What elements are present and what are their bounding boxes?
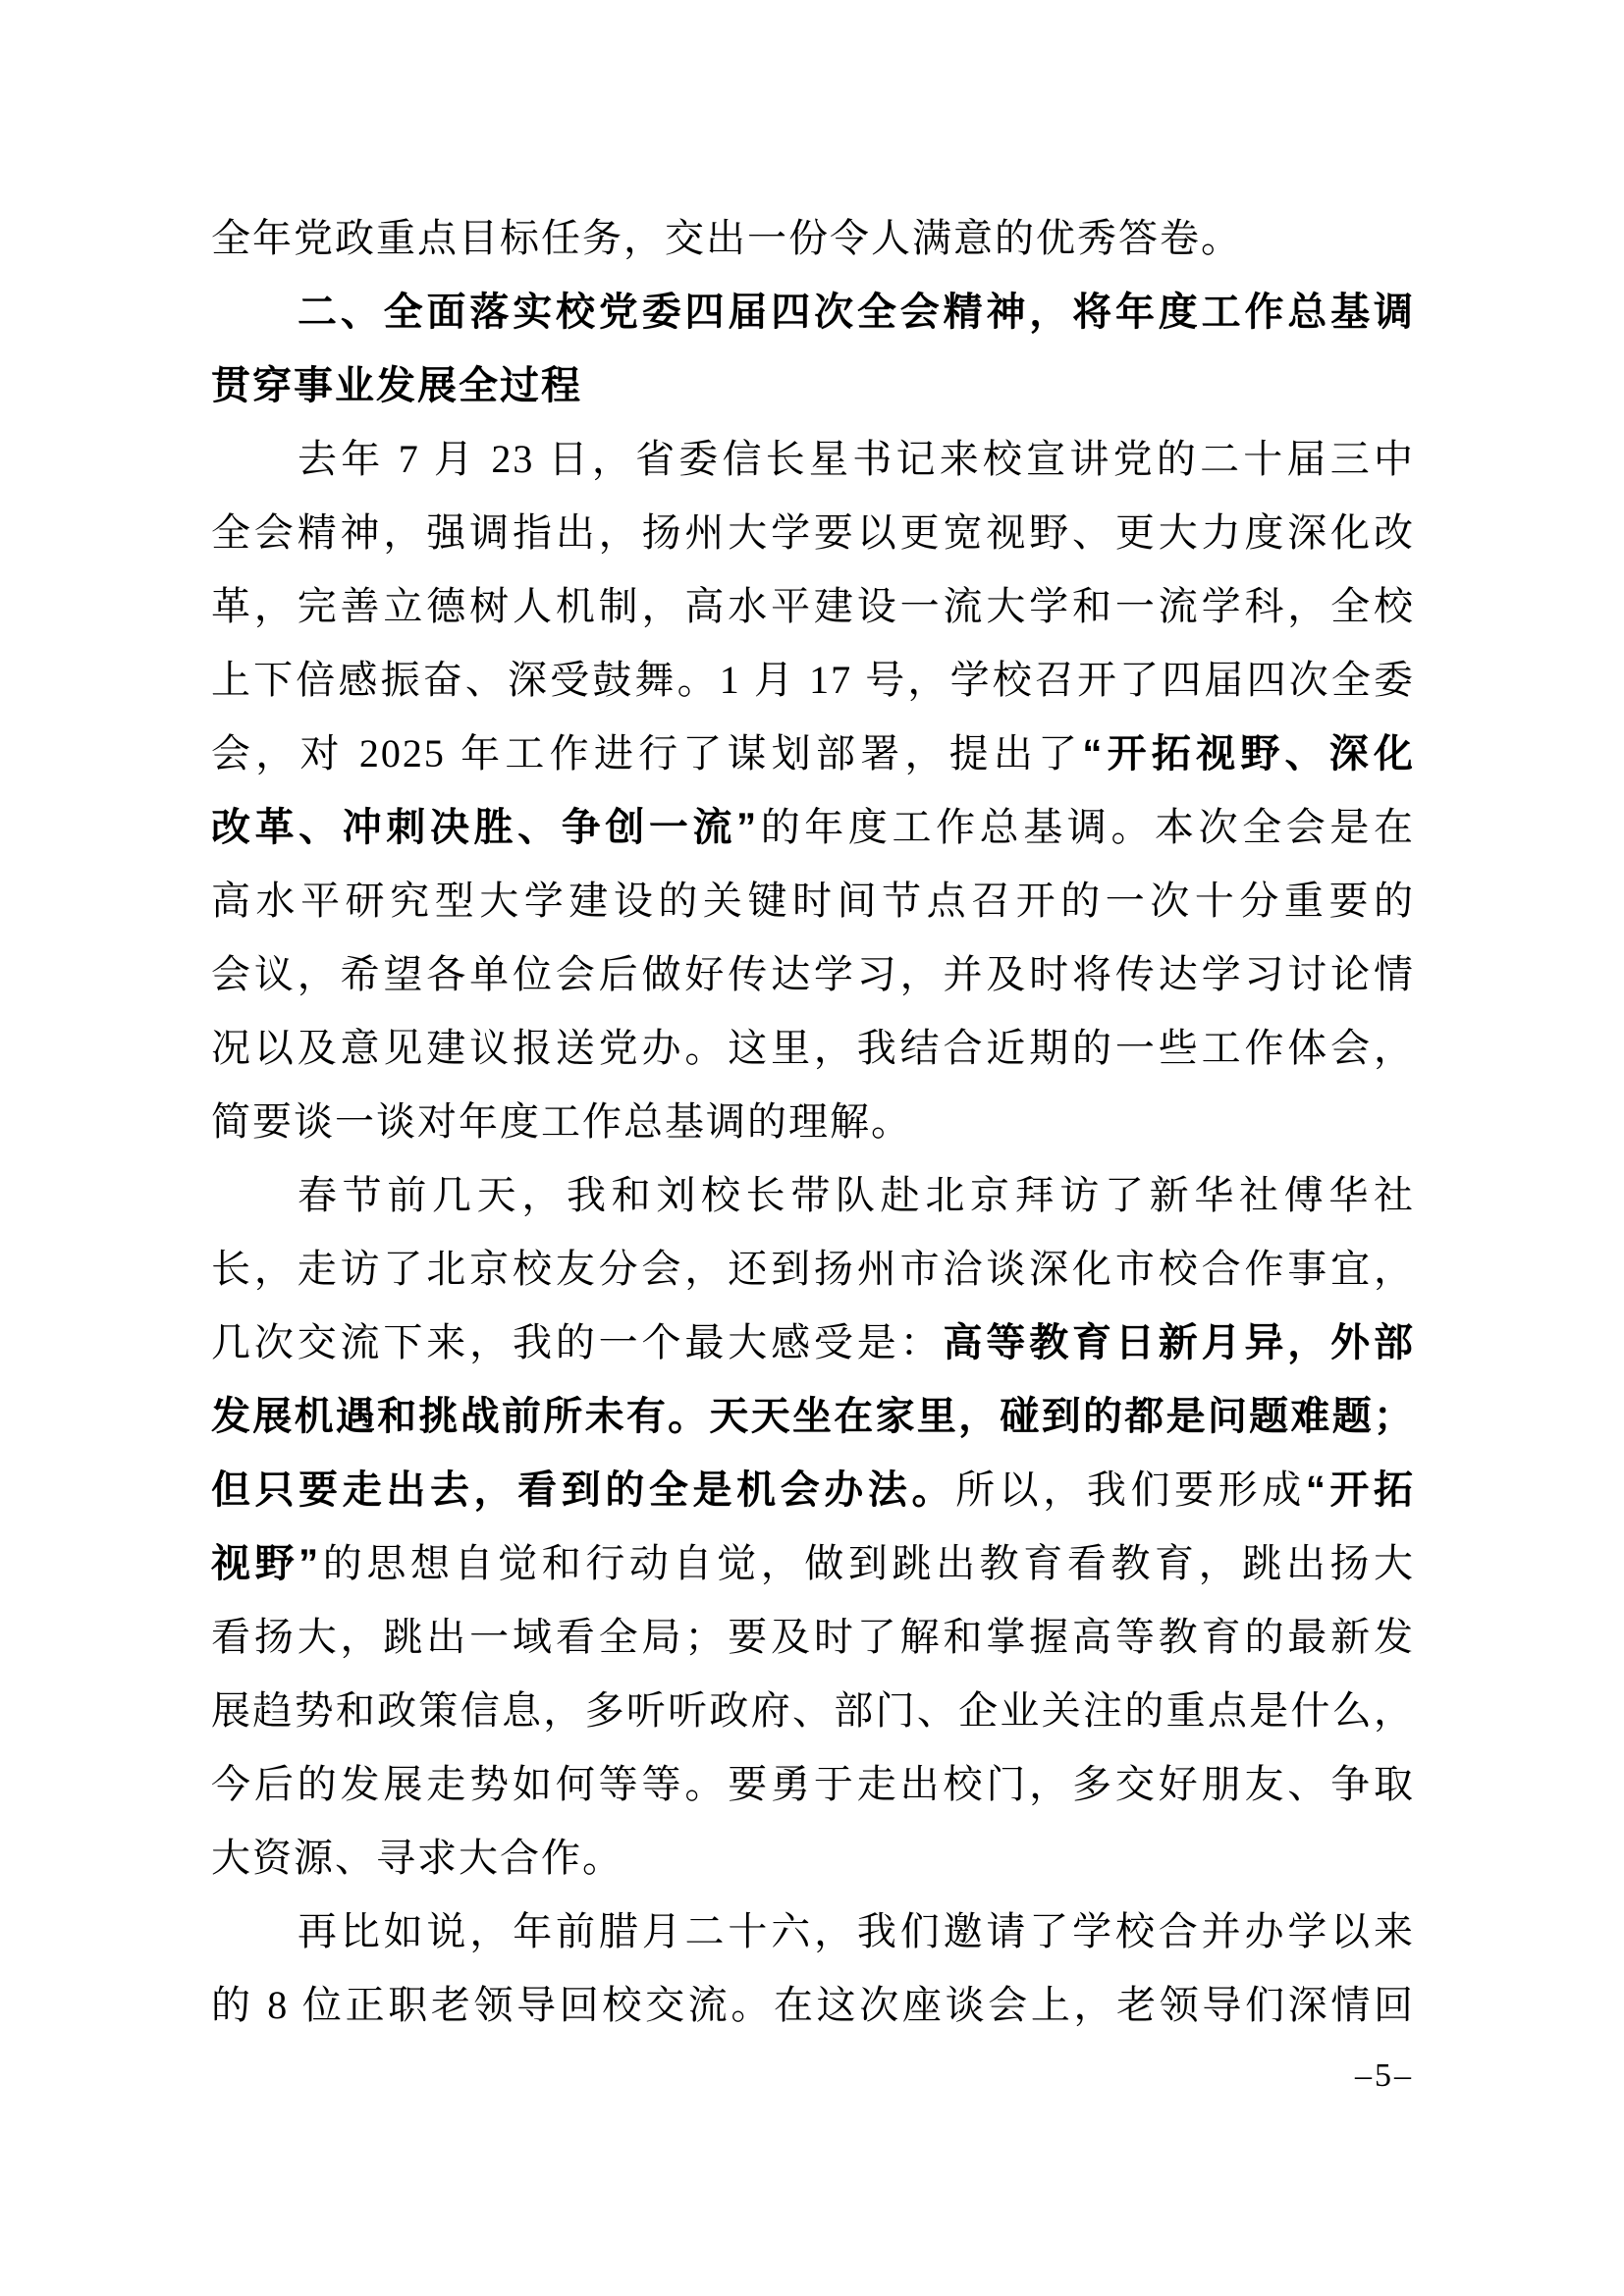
bold-text-run: 二、全面落实校党委四届四次全会精神，将年度工作总基调 [298, 291, 1415, 334]
text-run: 全会精神，强调指出，扬州大学要以更宽视野、更大力度深化改 [211, 510, 1415, 555]
text-run: 会议，希望各单位会后做好传达学习，并及时将传达学习讨论情 [211, 952, 1415, 996]
text-line: 改革、冲刺决胜、争创一流”的年度工作总基调。本次全会是在 [211, 790, 1415, 864]
text-line: 展趋势和政策信息，多听听政府、部门、企业关注的重点是什么， [211, 1674, 1415, 1747]
text-run: 的思想自觉和行动自觉，做到跳出教育看教育，跳出扬大 [320, 1541, 1415, 1585]
text-line: 几次交流下来，我的一个最大感受是：高等教育日新月异，外部 [211, 1306, 1415, 1379]
text-run: 展趋势和政策信息，多听听政府、部门、企业关注的重点是什么， [211, 1688, 1415, 1733]
text-line: 发展机遇和挑战前所未有。天天坐在家里，碰到的都是问题难题； [211, 1379, 1415, 1453]
heading-line: 二、全面落实校党委四届四次全会精神，将年度工作总基调 [211, 275, 1415, 348]
text-line: 全会精神，强调指出，扬州大学要以更宽视野、更大力度深化改 [211, 496, 1415, 569]
bold-text-run: 视野” [211, 1542, 320, 1585]
text-line: 长，走访了北京校友分会，还到扬州市洽谈深化市校合作事宜， [211, 1232, 1415, 1306]
page-number: –5– [1355, 2057, 1414, 2095]
text-run: 的年度工作总基调。本次全会是在 [758, 805, 1415, 849]
text-line: 会，对 2025 年工作进行了谋划部署，提出了“开拓视野、深化 [211, 717, 1415, 790]
text-line: 会议，希望各单位会后做好传达学习，并及时将传达学习讨论情 [211, 937, 1415, 1011]
text-run: 去年 7 月 23 日，省委信长星书记来校宣讲党的二十届三中 [298, 437, 1415, 481]
text-line: 的 8 位正职老领导回校交流。在这次座谈会上，老领导们深情回 [211, 1968, 1415, 2042]
text-run: 简要谈一谈对年度工作总基调的理解。 [211, 1099, 912, 1144]
text-line: 去年 7 月 23 日，省委信长星书记来校宣讲党的二十届三中 [211, 422, 1415, 496]
text-run: 再比如说，年前腊月二十六，我们邀请了学校合并办学以来 [298, 1909, 1415, 1953]
text-run: 长，走访了北京校友分会，还到扬州市洽谈深化市校合作事宜， [211, 1247, 1415, 1291]
text-line: 高水平研究型大学建设的关键时间节点召开的一次十分重要的 [211, 864, 1415, 937]
text-run: 高水平研究型大学建设的关键时间节点召开的一次十分重要的 [211, 879, 1415, 923]
text-run: 会，对 2025 年工作进行了谋划部署，提出了 [211, 731, 1082, 775]
text-line: 大资源、寻求大合作。 [211, 1821, 1415, 1895]
text-run: 革，完善立德树人机制，高水平建设一流大学和一流学科，全校 [211, 584, 1415, 628]
heading-line: 贯穿事业发展全过程 [211, 348, 1415, 422]
bold-text-run: 但只要走出去，看到的全是机会办法。 [211, 1468, 955, 1512]
text-line: 革，完善立德树人机制，高水平建设一流大学和一流学科，全校 [211, 569, 1415, 643]
text-run: 看扬大，跳出一域看全局；要及时了解和掌握高等教育的最新发 [211, 1615, 1415, 1659]
bold-text-run: “开拓 [1306, 1468, 1415, 1512]
text-run: 大资源、寻求大合作。 [211, 1836, 623, 1880]
text-run: 全年党政重点目标任务，交出一份令人满意的优秀答卷。 [211, 216, 1242, 260]
text-run: 况以及意见建议报送党办。这里，我结合近期的一些工作体会， [211, 1026, 1415, 1070]
text-line: 全年党政重点目标任务，交出一份令人满意的优秀答卷。 [211, 201, 1415, 275]
bold-text-run: 改革、冲刺决胜、争创一流” [211, 806, 758, 849]
bold-text-run: “开拓视野、深化 [1082, 732, 1415, 775]
text-line: 春节前几天，我和刘校长带队赴北京拜访了新华社傅华社 [211, 1158, 1415, 1232]
bold-text-run: 高等教育日新月异，外部 [943, 1321, 1415, 1364]
text-line: 今后的发展走势如何等等。要勇于走出校门，多交好朋友、争取 [211, 1747, 1415, 1821]
bold-text-run: 贯穿事业发展全过程 [211, 364, 582, 407]
text-line: 上下倍感振奋、深受鼓舞。1 月 17 号，学校召开了四届四次全委 [211, 643, 1415, 717]
text-line: 看扬大，跳出一域看全局；要及时了解和掌握高等教育的最新发 [211, 1600, 1415, 1674]
text-run: 几次交流下来，我的一个最大感受是： [211, 1320, 943, 1364]
text-run: 所以，我们要形成 [955, 1468, 1306, 1512]
text-line: 况以及意见建议报送党办。这里，我结合近期的一些工作体会， [211, 1011, 1415, 1085]
document-text-block: 全年党政重点目标任务，交出一份令人满意的优秀答卷。二、全面落实校党委四届四次全会… [211, 201, 1415, 2042]
bold-text-run: 发展机遇和挑战前所未有。天天坐在家里，碰到的都是问题难题； [211, 1395, 1415, 1438]
text-line: 简要谈一谈对年度工作总基调的理解。 [211, 1085, 1415, 1158]
text-run: 的 8 位正职老领导回校交流。在这次座谈会上，老领导们深情回 [211, 1983, 1415, 2027]
text-line: 视野”的思想自觉和行动自觉，做到跳出教育看教育，跳出扬大 [211, 1526, 1415, 1600]
text-run: 春节前几天，我和刘校长带队赴北京拜访了新华社傅华社 [298, 1173, 1415, 1217]
text-run: 上下倍感振奋、深受鼓舞。1 月 17 号，学校召开了四届四次全委 [211, 658, 1415, 702]
text-line: 但只要走出去，看到的全是机会办法。所以，我们要形成“开拓 [211, 1453, 1415, 1526]
text-line: 再比如说，年前腊月二十六，我们邀请了学校合并办学以来 [211, 1895, 1415, 1968]
document-page: 全年党政重点目标任务，交出一份令人满意的优秀答卷。二、全面落实校党委四届四次全会… [0, 0, 1624, 2296]
text-run: 今后的发展走势如何等等。要勇于走出校门，多交好朋友、争取 [211, 1762, 1415, 1806]
